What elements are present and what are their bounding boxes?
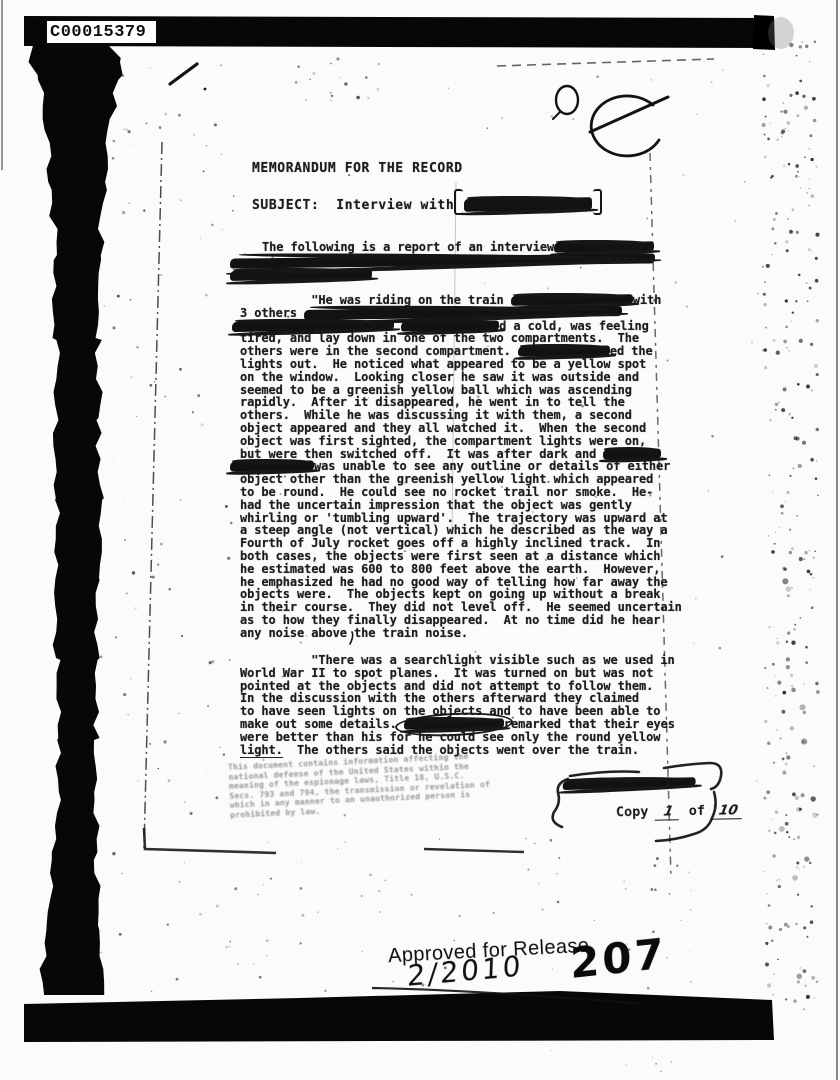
redaction-bar bbox=[511, 294, 633, 305]
scanned-document-page: C00015379 MEMORANDUM FOR THE RECORD SUBJ… bbox=[0, 0, 840, 1080]
copy-stamp-text: Copy 1 of 10 bbox=[567, 790, 744, 835]
text-line: any noise above the train noise. bbox=[240, 627, 682, 640]
pen-bracket-right bbox=[593, 189, 602, 215]
subject-text: Interview with bbox=[319, 198, 454, 213]
body-paragraph-1: "He was riding on the train with3 others… bbox=[240, 294, 682, 640]
copy-number-stamp: Copy 1 of 10 bbox=[541, 754, 733, 852]
text-segment: light. bbox=[240, 743, 283, 758]
redaction-bar bbox=[603, 448, 661, 459]
handwritten-page-number: 207 bbox=[570, 933, 668, 985]
copy-number: 1 bbox=[655, 805, 682, 820]
redaction-bar bbox=[554, 241, 654, 252]
sheet-top-edge bbox=[497, 59, 714, 66]
redaction-bar bbox=[230, 461, 314, 472]
copy-total: 10 bbox=[712, 804, 745, 819]
text-line: "He was riding on the train with bbox=[240, 294, 682, 307]
subject-line: SUBJECT: Interview with bbox=[252, 189, 602, 215]
text-segment: any noise above the train noise. bbox=[240, 626, 468, 640]
redaction-bar bbox=[563, 777, 696, 790]
document-id: C00015379 bbox=[47, 24, 146, 41]
redaction-bar bbox=[464, 197, 592, 212]
redaction-bar bbox=[518, 346, 610, 357]
sheet-left-edge bbox=[144, 142, 162, 848]
redaction-bar bbox=[232, 320, 394, 332]
text-line bbox=[262, 255, 655, 269]
faded-classification-stamp: This document contains information affec… bbox=[228, 749, 530, 820]
pen-slash-mark bbox=[170, 64, 197, 84]
document-id-box: C00015379 bbox=[45, 19, 158, 45]
body-paragraph-2: "There was a searchlight visible such as… bbox=[240, 654, 675, 756]
text-segment: The others said the objects went over th… bbox=[283, 743, 639, 757]
text-line: light. The others said the objects went … bbox=[240, 744, 675, 757]
pen-arc-mark bbox=[591, 96, 659, 156]
pen-circle-mark bbox=[556, 86, 578, 114]
redaction-bar bbox=[401, 320, 499, 331]
intro-paragraph: The following is a report of an intervie… bbox=[262, 241, 655, 282]
redaction-bar bbox=[404, 718, 504, 729]
memo-title: MEMORANDUM FOR THE RECORD bbox=[252, 163, 463, 176]
pen-bracket-left bbox=[454, 189, 463, 215]
redaction-bar bbox=[230, 269, 372, 281]
redaction-bar bbox=[230, 253, 655, 268]
text-line bbox=[262, 269, 655, 283]
sheet-bottom-edge bbox=[144, 828, 276, 853]
text-segment: The following is a report of an intervie… bbox=[262, 240, 554, 254]
subject-label: SUBJECT: bbox=[252, 198, 319, 213]
handwritten-release-date: 2/2010 bbox=[407, 953, 524, 991]
text-segment: 3 others bbox=[240, 306, 304, 320]
